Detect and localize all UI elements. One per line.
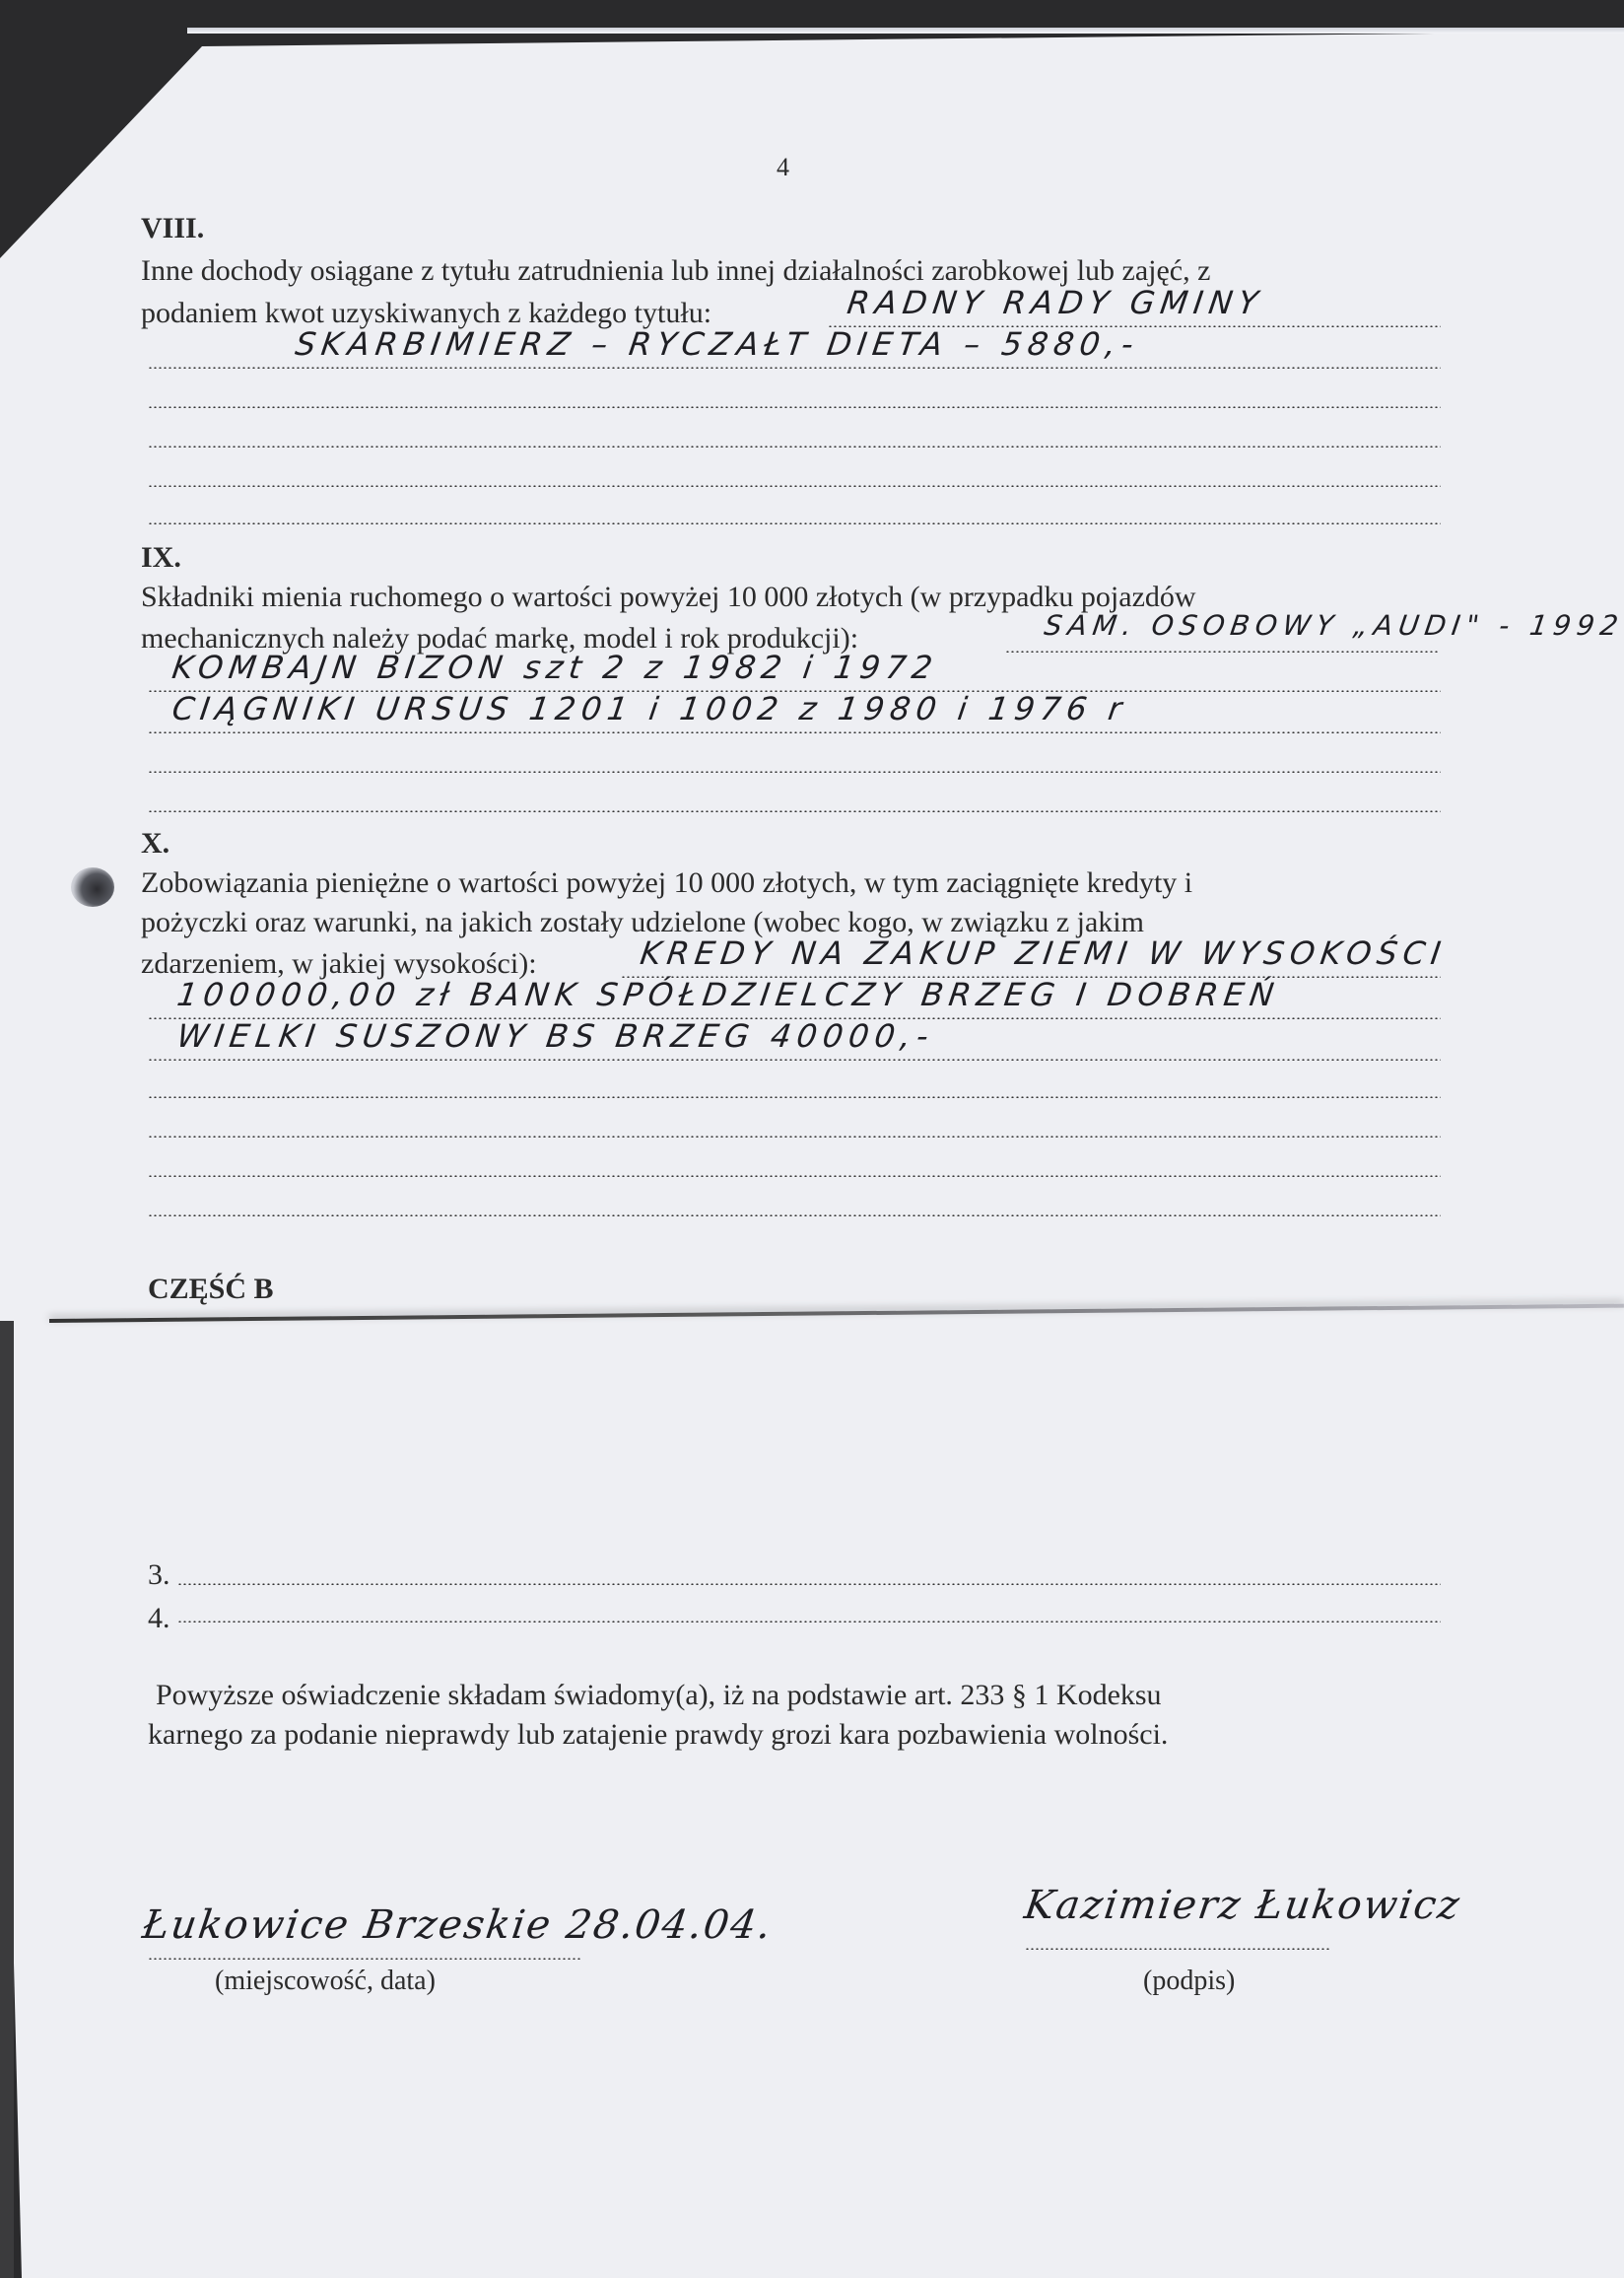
section-ix-answer-2[interactable]: KOMBAJN BIZON szt 2 z 1982 i 1972 [169, 649, 940, 686]
declaration-line-1: Powyższe oświadczenie składam świadomy(a… [156, 1678, 1162, 1713]
section-ix-answer-3[interactable]: CIĄGNIKI URSUS 1201 i 1002 z 1980 i 1976… [169, 690, 1129, 727]
dotted-line [177, 1583, 1441, 1585]
dotted-line [148, 1214, 1441, 1216]
dotted-line [148, 485, 1441, 487]
dotted-line [148, 1096, 1441, 1098]
signature-handwritten[interactable]: Kazimierz Łukowicz [1022, 1883, 1464, 1928]
page-top-edge [187, 28, 1624, 34]
dotted-line [148, 1136, 1441, 1138]
section-x-answer-2[interactable]: 100000,00 zł BANK SPÓŁDZIELCZY BRZEG I D… [174, 976, 1282, 1013]
dotted-line [148, 1175, 1441, 1177]
dotted-line [1025, 1948, 1330, 1950]
dotted-line [177, 1621, 1441, 1622]
punch-hole [71, 867, 114, 907]
section-viii-answer-2[interactable]: SKARBIMIERZ – RYCZAŁT DIETA – 5880,- [293, 325, 1141, 363]
dotted-line [148, 406, 1441, 408]
dotted-line [148, 771, 1441, 773]
section-viii-numeral: VIII. [141, 211, 204, 246]
dotted-line [148, 446, 1441, 448]
section-ix-text-1: Składniki mienia ruchomego o wartości po… [141, 580, 1196, 615]
page-left-edge [0, 1321, 14, 2278]
dotted-line [148, 731, 1441, 733]
dotted-line [148, 1958, 581, 1960]
section-x-text-1: Zobowiązania pieniężne o wartości powyże… [141, 865, 1192, 901]
signature-label: (podpis) [1143, 1966, 1235, 1997]
section-ix-answer-1[interactable]: SAM. OSOBOWY „AUDI" - 1992 [1043, 609, 1624, 642]
place-date-handwritten[interactable]: Łukowice Brzeskie 28.04.04. [140, 1902, 776, 1948]
place-date-label: (miejscowość, data) [215, 1966, 436, 1997]
section-ix-numeral: IX. [141, 540, 181, 576]
part-b-heading: CZĘŚĆ B [148, 1272, 274, 1307]
section-x-numeral: X. [141, 826, 169, 862]
list-item-3: 3. [148, 1557, 170, 1593]
dotted-line [148, 522, 1441, 524]
section-x-answer-1[interactable]: KREDY NA ZAKUP ZIEMI W WYSOKOŚCI [638, 934, 1449, 972]
dotted-line [1005, 651, 1439, 653]
dotted-line [148, 1059, 1441, 1061]
page-number: 4 [777, 150, 789, 185]
dotted-line [148, 367, 1441, 369]
section-viii-answer-1[interactable]: RADNY RADY GMINY [845, 284, 1266, 321]
declaration-line-2: karnego za podanie nieprawdy lub zatajen… [148, 1717, 1168, 1753]
dotted-line [148, 810, 1441, 812]
list-item-4: 4. [148, 1601, 170, 1636]
section-x-answer-3[interactable]: WIELKI SUSZONY BS BRZEG 40000,- [174, 1017, 936, 1055]
